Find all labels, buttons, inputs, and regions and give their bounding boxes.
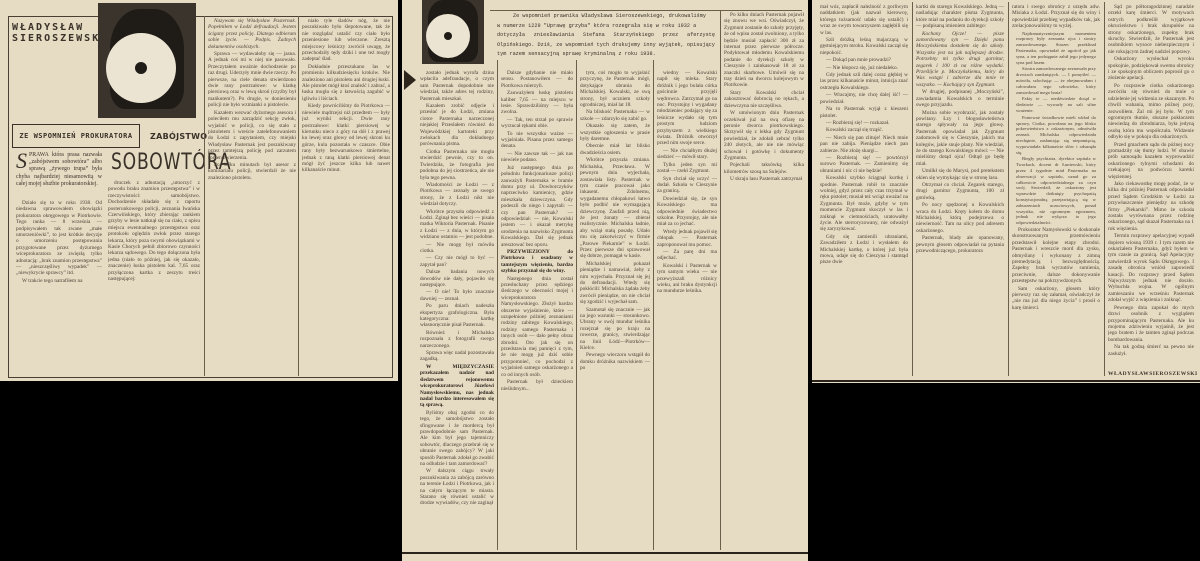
column-p1-3: Nazywam się Władysław Pasternak. Popełni… bbox=[208, 18, 296, 372]
intro-line: w numerze 1229 "Uprawę grzyba" która roz… bbox=[497, 22, 715, 32]
paragraph: Kazałem wezwać dyżurnego asesora i polec… bbox=[208, 110, 296, 161]
column-rule bbox=[1104, 2, 1105, 376]
paragraph: Po nocy spędzonej u Kowalskich wraca do … bbox=[916, 202, 1004, 234]
paragraph: niało tyle śladów nóg, że nie poszukiwał… bbox=[302, 18, 390, 63]
signature-last-name: SIEROSZEWSKI bbox=[1149, 371, 1198, 377]
column-p2-4b: Po kilku dniach Pasternak pojawił się zn… bbox=[724, 12, 804, 550]
paragraph: mał wóz, zapłacił należność z gorliwym n… bbox=[820, 4, 908, 36]
paragraph: Fakty te — niedźwiedzie dotąd w śledztwi… bbox=[1012, 96, 1100, 113]
signature-first-name: WŁADYSŁAW bbox=[1108, 371, 1149, 377]
column-p2-3: tym, coś mogło to wyjaśnić przyczynę, że… bbox=[580, 70, 650, 550]
paragraph: Siostra zamordowanego zeznawała przy drz… bbox=[1012, 66, 1100, 95]
disc-icon bbox=[426, 14, 470, 58]
paragraph: Nazywam się Władysław Pasternak. Popełni… bbox=[208, 18, 296, 50]
paragraph: Obecnie miał lat blisko dwadzieścia osie… bbox=[580, 143, 650, 156]
paragraph: Prokurator Namysłowski w doskonale skons… bbox=[1012, 227, 1100, 285]
paragraph: — Dokąd pan mnie prowadzi? bbox=[820, 57, 908, 63]
paragraph: Kazałem zrobić odjęcie i przesłać je do … bbox=[420, 103, 494, 148]
paragraph: Biegły psychiatra, dyrektor szpitala w T… bbox=[1012, 156, 1100, 226]
column-rule bbox=[720, 10, 721, 550]
paragraph: W drugiej, podpisanej „Moczyński”, zawia… bbox=[916, 89, 1004, 108]
column-p3-1: mał wóz, zapłacił należność z gorliwym n… bbox=[820, 4, 908, 376]
paragraph: Ciotka Pasternaka nie mogła stwierdzić p… bbox=[420, 149, 494, 181]
author-signature: WŁADYSŁAW SIEROSZEWSKI bbox=[1108, 371, 1192, 377]
paragraph: — Rozbieraj się! — rozkazał. bbox=[820, 120, 908, 126]
paragraph: Sam oskarżony, głosem który pierwszy raz… bbox=[1012, 286, 1100, 312]
paragraph: — Niech się pan zlituje! Niech mnie pan … bbox=[820, 135, 908, 154]
paragraph: U skraju lasu Pasternak zatrzymał bbox=[724, 176, 804, 182]
paragraph: W dalszym ciągu trwały poszukiwania za z… bbox=[420, 468, 494, 506]
disc-hole bbox=[444, 32, 452, 40]
intro-line: dotyczyła zniesławiania Stefana Starzyńs… bbox=[497, 31, 715, 50]
column-p1-1: Działo się to w roku 1938. Od niedawna s… bbox=[16, 200, 102, 372]
paragraph: — Nie chciałbym dłużej siedzieć — mówił … bbox=[657, 148, 717, 161]
paragraph: Sprawa — wydawałoby się — jasna. A jedna… bbox=[208, 51, 296, 109]
paragraph: Okazało się zatem, że wszystkie ogłoszen… bbox=[580, 123, 650, 142]
section-kicker: ZE WSPOMNIEŃ PROKURATORA bbox=[12, 124, 140, 148]
paragraph: Wkrótce przyszła odpowiedź z Łodzi. Zgin… bbox=[420, 209, 494, 241]
paragraph: druczek z adnotacją „umorzyć z powodu br… bbox=[108, 180, 200, 283]
bold-paragraph: W MIĘDZYCZASIE przekazałem nadzór nad śl… bbox=[420, 364, 494, 409]
paragraph: — Czy nie mógł to być — zapytał pan? bbox=[420, 255, 494, 268]
masked-man-photo bbox=[422, 0, 484, 64]
paragraph: Pewnego wieczoru wstąpił do domku dróżni… bbox=[580, 352, 650, 371]
paragraph: — Nie mogę był mówiła ciotka. bbox=[420, 242, 494, 255]
paragraph: — Rozbieraj się! — powtórzył surowo Past… bbox=[820, 155, 908, 174]
paragraph: Dalsze gdybanie nie miało sensu. Postano… bbox=[501, 70, 573, 89]
paragraph: Przed gmachem sądu do późnej nocy gromad… bbox=[1108, 142, 1194, 180]
paragraph: Sąd po półtoragodzinnej naradzie orzekł … bbox=[1108, 4, 1194, 55]
disc-icon bbox=[106, 33, 176, 103]
top-rule bbox=[490, 10, 802, 11]
column-rule bbox=[497, 60, 498, 550]
paragraph: Stary Kowalski chciał zakosztować dobroc… bbox=[724, 90, 804, 109]
column-rule bbox=[653, 60, 654, 550]
paragraph: Dalsze badania nowych dowodów nie dały, … bbox=[420, 269, 494, 288]
paragraph: — Za parę dni ma odjechać. bbox=[657, 249, 717, 262]
column-p1-4: niało tyle śladów nóg, że nie poszukiwał… bbox=[302, 18, 390, 372]
bottom-rule bbox=[812, 380, 1200, 382]
paragraph: Oskarżony wysłuchał wyroku spokojnie, po… bbox=[1108, 56, 1194, 82]
paragraph: Również i Michalska rozpoznała z fotogra… bbox=[420, 330, 494, 349]
paragraph: Ponieważ świadkowie mieli wkład do spraw… bbox=[1012, 115, 1100, 156]
paragraph: Jako ciekawostkę mogę podać, że w kilka … bbox=[1108, 181, 1194, 232]
paragraph: Kowalski i Pasternak w tym samym wieku —… bbox=[657, 263, 717, 295]
paragraph: Po rozprawie ciotka oskarżonego zwróciła… bbox=[1108, 83, 1194, 141]
arrow-marker-icon bbox=[404, 70, 416, 90]
disc-hole bbox=[135, 62, 147, 74]
paragraph: Gdy jednak szli dalej coraz głębiej w la… bbox=[820, 72, 908, 91]
author-last-name: SIEROSZEWSKI bbox=[12, 33, 108, 44]
paragraph: W trakcie tego natrafiłem na bbox=[16, 278, 102, 284]
paragraph: Po paru dniach nadeszła ekspertyza grafo… bbox=[420, 303, 494, 329]
paragraph: Można sobie wyobrazić, jak zostały powit… bbox=[916, 110, 1004, 168]
paragraph: W umówionym dniu Pasternak oczekiwał już… bbox=[724, 110, 804, 161]
column-rule bbox=[298, 16, 299, 376]
paragraph: ratora i swego obrońcy z urzędu adw. Mis… bbox=[1012, 4, 1100, 30]
column-p3-4: Sąd po półtoragodzinnej naradzie orzekł … bbox=[1108, 4, 1194, 366]
paragraph: — Nie zawsze tak — jak nas niewiele poda… bbox=[501, 151, 573, 164]
paragraph: Już następnego dnia po południu funkcjon… bbox=[501, 165, 573, 248]
newspaper-page-3: mał wóz, zapłacił należność z gorliwym n… bbox=[812, 0, 1200, 383]
column-rule bbox=[576, 60, 577, 550]
editorial-intro: Ze wspomnień prawnika Władysława Sierosz… bbox=[497, 12, 715, 60]
paragraph: Szamotał się znacznie — jak na jego waru… bbox=[580, 307, 650, 352]
masked-man-photo bbox=[98, 3, 196, 118]
column-p3-2: kartki do starego Kowalskiego. Jedną — n… bbox=[916, 4, 1004, 376]
paragraph: — Nie kłopocz się, już niedaleko. bbox=[820, 65, 908, 71]
bold-paragraph: PRZYWIEZIONY do Piotrkowa i osadzony w t… bbox=[501, 249, 573, 275]
paragraph: Otrzymał co chciał. Zegarek starego, dru… bbox=[916, 182, 1004, 201]
paragraph: Po kilku minutach był asesor z komisaria… bbox=[208, 162, 296, 181]
paragraph: To nie wszystko ważne — wyjaśniała. Pisa… bbox=[501, 131, 573, 150]
paragraph: Tylko jeden syn mi został — rzekł Zygmun… bbox=[657, 162, 717, 175]
paragraph: Zauważyłem łuskę pistoletu kaliber 7,65 … bbox=[501, 90, 573, 116]
paragraph: Termin rozprawy apelacyjnej wypadł dopie… bbox=[1108, 233, 1194, 303]
paragraph: Dowiedział się, że syn Kowalskiego ma od… bbox=[657, 196, 717, 228]
column-p2-4a: wiedny — Kowalski napił się mleka. Stary… bbox=[657, 70, 717, 550]
column-rule bbox=[912, 2, 913, 376]
paragraph: Pewnego dnia zapukał do mych drzwi osobn… bbox=[1108, 305, 1194, 343]
column-p2-1: zostało jednak wyrofa dzina wpłacila ade… bbox=[420, 70, 494, 550]
paragraph: wiedny — Kowalski napił się mleka. Stary… bbox=[657, 70, 717, 147]
column-p1-2: druczek z adnotacją „umorzyć z powodu br… bbox=[108, 180, 200, 372]
headline-small: ZABÓJSTWO bbox=[150, 132, 207, 141]
paragraph: zostało jednak wyrofa dzina wpłacila ade… bbox=[420, 70, 494, 102]
paragraph: Najdramatyczniejszym momentem rozprawy b… bbox=[1012, 31, 1100, 66]
paragraph: Umilkł się do Marysi, pod pretekstem oki… bbox=[916, 168, 1004, 181]
column-rule bbox=[204, 16, 205, 376]
author-first-name: WŁADYSŁAW bbox=[12, 22, 108, 33]
paragraph: Pasternak, blady ale opanowany, pewnym g… bbox=[916, 235, 1004, 254]
bottom-rule bbox=[402, 552, 808, 554]
paragraph: Szli dróżką leśną majaczącą w gęstniejąc… bbox=[820, 37, 908, 56]
paragraph: Kowalski zaczął się trząść. bbox=[820, 127, 908, 133]
paragraph: Na bliskość Pasternaka — w szkole — zdar… bbox=[580, 109, 650, 122]
paragraph: Następnego dnia został przesłuchany prze… bbox=[501, 276, 573, 379]
paragraph: Działo się to w roku 1938. Od niedawna s… bbox=[16, 200, 102, 277]
paragraph: Wiadomości ze Łodzi — z Piotrkowa — zezn… bbox=[420, 182, 494, 208]
paragraph: Michalskiej pokazał pieniądze i namawiał… bbox=[580, 261, 650, 306]
column-p3-3: ratora i swego obrońcy z urzędu adw. Mis… bbox=[1012, 4, 1100, 376]
paragraph: Pojechali taksówką kilka kilometrów szos… bbox=[724, 162, 804, 175]
paragraph: Wtedy jednak pojawił się chłopak — Paste… bbox=[657, 229, 717, 248]
intro-line: tym razem sensacyjną sprawę kryminalną z… bbox=[497, 50, 715, 60]
column-rule bbox=[1008, 2, 1009, 376]
paragraph: Kochany Ojcze! — pisze zamordowany syn —… bbox=[916, 31, 1004, 89]
paragraph: Po kilku dniach Pasternak pojawił się zn… bbox=[724, 12, 804, 89]
paragraph: Dokładnie przeszukano las w promieniu ki… bbox=[302, 64, 390, 102]
paragraph: Pasternak był dzieckiem nieślubnym... bbox=[501, 379, 573, 392]
paragraph: — Wracajmy, nie chcę dalej iść! — powied… bbox=[820, 92, 908, 105]
paragraph: Na to Pasternak wyjął z kieszeni pistole… bbox=[820, 106, 908, 119]
author-name: WŁADYSŁAW SIEROSZEWSKI bbox=[12, 22, 108, 44]
paragraph: Byliśmy obaj zgodni co do tego, że samob… bbox=[420, 410, 494, 468]
paragraph: — O nie! To było znacznie dawniej — zezn… bbox=[420, 289, 494, 302]
paragraph: Gdy się zamienili ubraniami, Zawadziłem … bbox=[820, 234, 908, 266]
intro-line: Ze wspomnień prawnika Władysława Sierosz… bbox=[497, 12, 715, 22]
lead-text: PRAWA która prasa nazwała „zabójstwem so… bbox=[16, 152, 102, 187]
paragraph: Kowalski szybko ściągnął kurtkę i spodni… bbox=[820, 175, 908, 233]
paragraph: Wkrótce przyszła zmiana. Michalska, Prze… bbox=[580, 157, 650, 260]
newspaper-page-2: Ze wspomnień prawnika Władysława Sierosz… bbox=[402, 0, 808, 561]
paragraph: Sprawa więc nadal pozostawała zagadką. bbox=[420, 350, 494, 363]
paragraph: Na tak godną śmierć na pewno nie zasłuży… bbox=[1108, 344, 1194, 357]
paragraph: Kiedy powróciliśmy do Piotrkowa — niewie… bbox=[302, 103, 390, 173]
drop-cap: S bbox=[16, 152, 27, 170]
lead-paragraph: S PRAWA która prasa nazwała „zabójstwem … bbox=[16, 152, 102, 188]
paragraph: — Tak, ten strzał po sprawie wyrzucał rę… bbox=[501, 117, 573, 130]
column-p2-2: Dalsze gdybanie nie miało sensu. Postano… bbox=[501, 70, 573, 550]
paragraph: tym, coś mogło to wyjaśnić przyczynę, że… bbox=[580, 70, 650, 108]
newspaper-page-1: WŁADYSŁAW SIEROSZEWSKI ZE WSPOMNIEŃ PROK… bbox=[0, 0, 398, 381]
paragraph: Syn chciał się uczyć — dodał. Szkoła w C… bbox=[657, 176, 717, 195]
paragraph: kartki do starego Kowalskiego. Jedną — n… bbox=[916, 4, 1004, 30]
